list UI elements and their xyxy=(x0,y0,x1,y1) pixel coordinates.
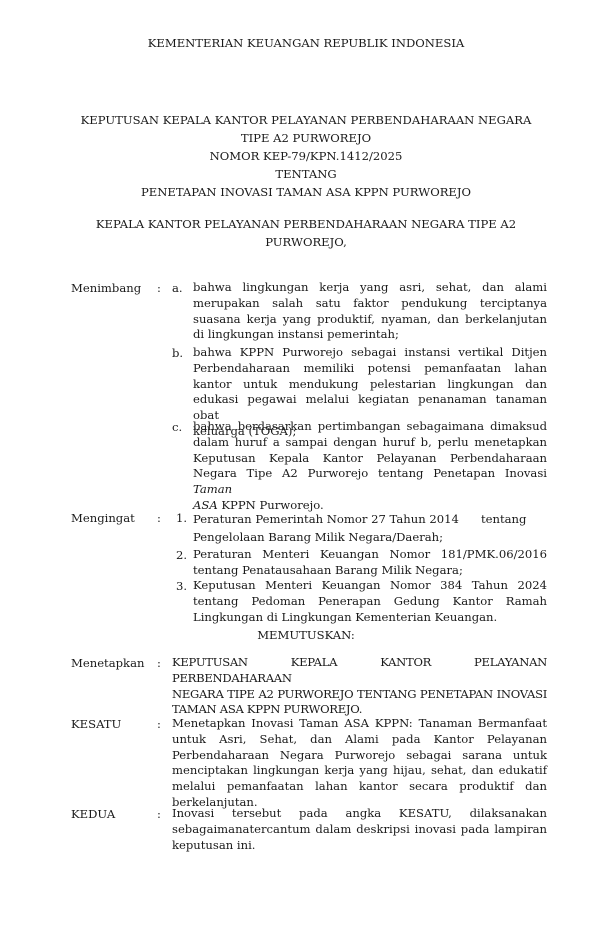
mengingat-label: Mengingat xyxy=(71,510,135,526)
mengingat-item-2: Peraturan Menteri Keuangan Nomor 181/PMK… xyxy=(193,547,547,579)
text-line: Keputusan Menteri Keuangan Nomor 384 Tah… xyxy=(193,578,547,594)
text-fragment: Negara Tipe A2 Purworejo tentang Penetap… xyxy=(193,466,547,480)
decree-title-line1: KEPUTUSAN KEPALA KANTOR PELAYANAN PERBEN… xyxy=(0,111,612,129)
text-line: Perbendaharaan memiliki potensi pemanfaa… xyxy=(193,361,547,377)
kesatu-text: Menetapkan Inovasi Taman ASA KPPN: Tanam… xyxy=(172,716,547,811)
text-line: Inovasi tersebut pada angka KESATU, dila… xyxy=(172,806,547,822)
text-line: untuk Asri, Sehat, dan Alami pada Kantor… xyxy=(172,732,547,748)
menimbang-marker-b: b. xyxy=(172,345,183,361)
text-line: Lingkungan di Lingkungan Kementerian Keu… xyxy=(193,610,547,626)
kesatu-label: KESATU xyxy=(71,716,121,732)
text-line: keputusan ini. xyxy=(172,838,547,854)
text-line: dalam huruf a sampai dengan huruf b, per… xyxy=(193,435,547,451)
text-line: Keputusan Kepala Kantor Pelayanan Perben… xyxy=(193,451,547,467)
decree-subject: PENETAPAN INOVASI TAMAN ASA KPPN PURWORE… xyxy=(0,183,612,201)
memutuskan-heading: MEMUTUSKAN: xyxy=(0,626,612,644)
menimbang-marker-c: c. xyxy=(172,419,182,435)
decree-title: KEPUTUSAN KEPALA KANTOR PELAYANAN PERBEN… xyxy=(0,111,612,201)
menetapkan-colon: : xyxy=(157,655,161,671)
text-line: NEGARA TIPE A2 PURWOREJO TENTANG PENETAP… xyxy=(172,687,547,703)
text-line: kantor untuk mendukung pelestarian lingk… xyxy=(193,377,547,393)
kedua-text: Inovasi tersebut pada angka KESATU, dila… xyxy=(172,806,547,853)
kesatu-colon: : xyxy=(157,716,161,732)
text-line: suasana kerja yang produktif, nyaman, da… xyxy=(193,312,547,328)
menimbang-item-c: bahwa berdasarkan pertimbangan sebagaima… xyxy=(193,419,547,514)
mengingat-item-3: Keputusan Menteri Keuangan Nomor 384 Tah… xyxy=(193,578,547,625)
text-line: Peraturan Menteri Keuangan Nomor 181/PMK… xyxy=(193,547,547,563)
text-line: tentang Pedoman Penerapan Gedung Kantor … xyxy=(193,594,547,610)
issuer-heading: KEPALA KANTOR PELAYANAN PERBENDAHARAAN N… xyxy=(0,215,612,251)
decree-about: TENTANG xyxy=(0,165,612,183)
mengingat-marker-3: 3. xyxy=(176,578,187,594)
mengingat-marker-2: 2. xyxy=(176,547,187,563)
kedua-colon: : xyxy=(157,806,161,822)
text-line: merupakan salah satu faktor pendukung te… xyxy=(193,296,547,312)
text-line: Negara Tipe A2 Purworejo tentang Penetap… xyxy=(193,466,547,498)
text-line: tentang Penatausahaan Barang Milik Negar… xyxy=(193,563,547,579)
text-line: KEPUTUSAN KEPALA KANTOR PELAYANAN PERBEN… xyxy=(172,655,547,687)
text-line: Peraturan Pemerintah Nomor 27 Tahun 2014… xyxy=(193,510,547,528)
menimbang-marker-a: a. xyxy=(172,280,183,296)
menimbang-colon: : xyxy=(157,280,161,296)
menetapkan-text: KEPUTUSAN KEPALA KANTOR PELAYANAN PERBEN… xyxy=(172,655,547,718)
ministry-header: KEMENTERIAN KEUANGAN REPUBLIK INDONESIA xyxy=(0,34,612,52)
text-line: bahwa lingkungan kerja yang asri, sehat,… xyxy=(193,280,547,296)
text-line: Menetapkan Inovasi Taman ASA KPPN: Tanam… xyxy=(172,716,547,732)
issuer-line2: PURWOREJO, xyxy=(0,233,612,251)
document-page: KEMENTERIAN KEUANGAN REPUBLIK INDONESIA … xyxy=(0,0,612,936)
menetapkan-label: Menetapkan xyxy=(71,655,144,671)
kedua-label: KEDUA xyxy=(71,806,115,822)
menimbang-item-a: bahwa lingkungan kerja yang asri, sehat,… xyxy=(193,280,547,343)
decree-number: NOMOR KEP-79/KPN.1412/2025 xyxy=(0,147,612,165)
menimbang-label: Menimbang xyxy=(71,280,141,296)
mengingat-colon: : xyxy=(157,510,161,526)
text-line: bahwa KPPN Purworejo sebagai instansi ve… xyxy=(193,345,547,361)
text-line: Perbendaharaan Negara Purworejo sebagai … xyxy=(172,748,547,764)
text-line: di lingkungan instansi pemerintah; xyxy=(193,327,547,343)
text-line: menciptakan lingkungan kerja yang hijau,… xyxy=(172,763,547,779)
text-line: sebagaimanatercantum dalam deskripsi ino… xyxy=(172,822,547,838)
text-line: bahwa berdasarkan pertimbangan sebagaima… xyxy=(193,419,547,435)
issuer-line1: KEPALA KANTOR PELAYANAN PERBENDAHARAAN N… xyxy=(0,215,612,233)
mengingat-marker-1: 1. xyxy=(176,510,187,526)
mengingat-item-1: Peraturan Pemerintah Nomor 27 Tahun 2014… xyxy=(193,510,547,546)
text-line: Pengelolaan Barang Milik Negara/Daerah; xyxy=(193,528,547,546)
decree-title-line2: TIPE A2 PURWOREJO xyxy=(0,129,612,147)
text-line: melalui pemanfaatan lahan kantor secara … xyxy=(172,779,547,795)
italic-term: Taman xyxy=(193,482,232,496)
